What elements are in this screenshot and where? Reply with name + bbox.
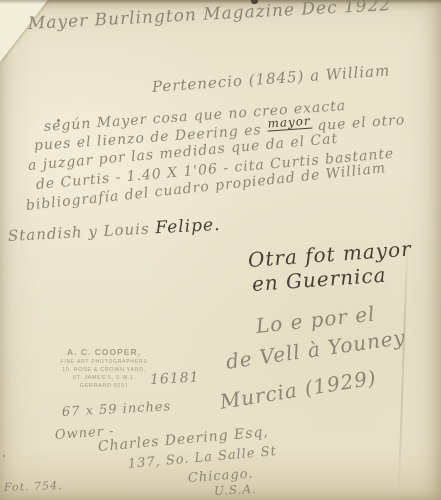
stamp-profession: FINE ART PHOTOGRAPHERS	[58, 359, 150, 365]
note-right-light-line3: Murcia (1929)	[218, 365, 378, 413]
note-right-light-line2: de Vell à Youney	[224, 325, 407, 374]
note-line-standish: Standish y Louis Felipe.	[7, 215, 221, 246]
photographer-stamp: A. C. COOPER, FINE ART PHOTOGRAPHERS 10,…	[58, 347, 150, 391]
stamp-name: A. C. COOPER,	[58, 347, 150, 357]
negative-number: 16181	[150, 369, 200, 388]
note-standish-pre: Standish y Louis	[8, 219, 156, 245]
note-line-pertenecio: Pertenecio (1845) a William	[151, 61, 390, 96]
stamp-district: ST. JAMES'S, S.W.1.	[58, 375, 150, 381]
photo-verso-scan: Mayer Burlington Magazine Dec 1922 Perte…	[0, 0, 441, 500]
note-standish-felipe: Felipe.	[155, 215, 221, 238]
size-note: 67 x 59 inches	[62, 399, 172, 420]
note-inserted-word-mayor: mayor	[266, 114, 312, 132]
archive-reference: Fot. 754.	[4, 479, 63, 494]
stamp-phone: GERRARD 9291	[58, 383, 150, 389]
vertical-crease	[397, 240, 408, 500]
paper-speck	[3, 455, 5, 457]
note-source-line: Mayer Burlington Magazine Dec 1922	[27, 0, 391, 34]
owner-country: U.S.A.	[214, 482, 258, 498]
stamp-street: 10, ROSE & CROWN YARD,	[58, 367, 150, 373]
